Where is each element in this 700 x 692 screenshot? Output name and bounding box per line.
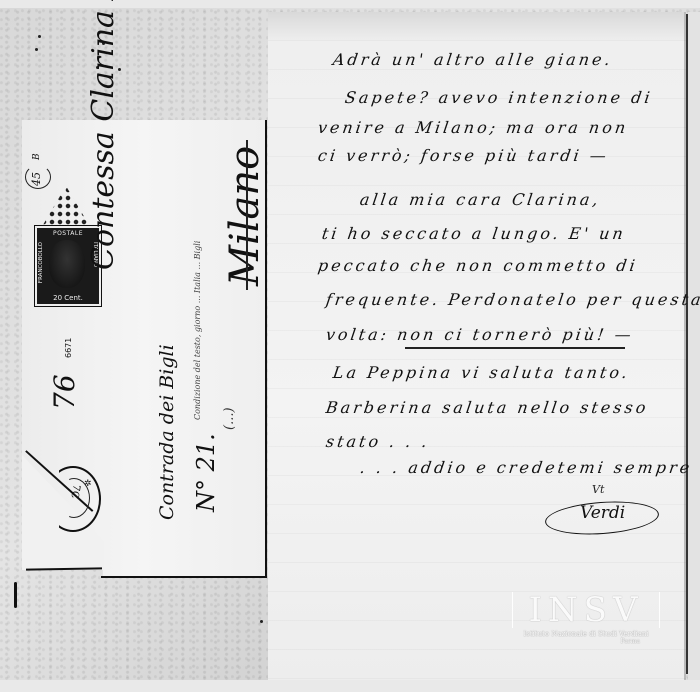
signature: Verdi [580,503,625,523]
ink-mark [14,582,17,608]
stamp-left-text: FRANCOBOLLO [38,242,44,283]
watermark-logo: INSV [528,590,643,630]
signature-prefix: Vt [592,483,604,496]
dust-speck [260,620,263,623]
pencil-note: Condizione del testo, giorno ... Italia … [193,241,202,420]
city-underline [246,140,248,290]
archive-number: 76 [48,374,81,410]
letter-line: ci verrò; forse più tardi — [317,146,611,165]
letter-line: Barberina saluta nello stesso [325,398,650,417]
letter-line: La Peppina vi saluta tanto. [332,363,632,382]
ref-mark: 45 [30,172,43,186]
letter-line: frequente. Perdonatelo per questa [325,290,700,309]
letter-line: ti ho seccato a lungo. E' un [321,224,628,243]
letter-line: venire a Milano; ma ora non [317,118,630,137]
next-page-strip [688,12,700,680]
letter-line: Sapete? avevo intenzione di [344,88,654,107]
stamp-portrait-icon [49,240,85,288]
letter-line: alla mia cara Clarina, [359,190,602,209]
envelope-edge [101,576,266,578]
recipient-name-line: Contessa Clarina Maffei [86,0,121,270]
watermark-subtitle: Istituto Nazionale di Studi Verdiani [512,630,660,638]
stamp-value: 20 Cent. [37,294,99,302]
archive-small-number: 6671 [64,338,73,358]
letter-line: stato . . . [325,432,431,451]
insv-watermark: INSV Istituto Nazionale di Studi Verdian… [512,592,660,650]
letter-page [268,12,686,680]
dust-speck [38,35,41,38]
letter-line: . . . addio e credetemi sempre [359,458,694,477]
pencil-note-2: (...) [222,407,237,430]
underline-stroke [405,347,625,349]
postmark-star-icon: ✲ [84,479,92,489]
watermark-city: Parma [512,638,660,645]
letter-line: volta: non ci tornerò più! — [325,325,635,344]
letter-line: Adrà un' altro alle giane. [332,50,614,69]
ref-mark-suffix: B [32,153,42,160]
recipient-street: Contrada dei Bigli [156,344,178,520]
letter-line: peccato che non commetto di [317,256,639,275]
dust-speck [35,48,38,51]
recipient-city: Milano [222,146,268,286]
recipient-number: N° 21. [192,433,220,512]
